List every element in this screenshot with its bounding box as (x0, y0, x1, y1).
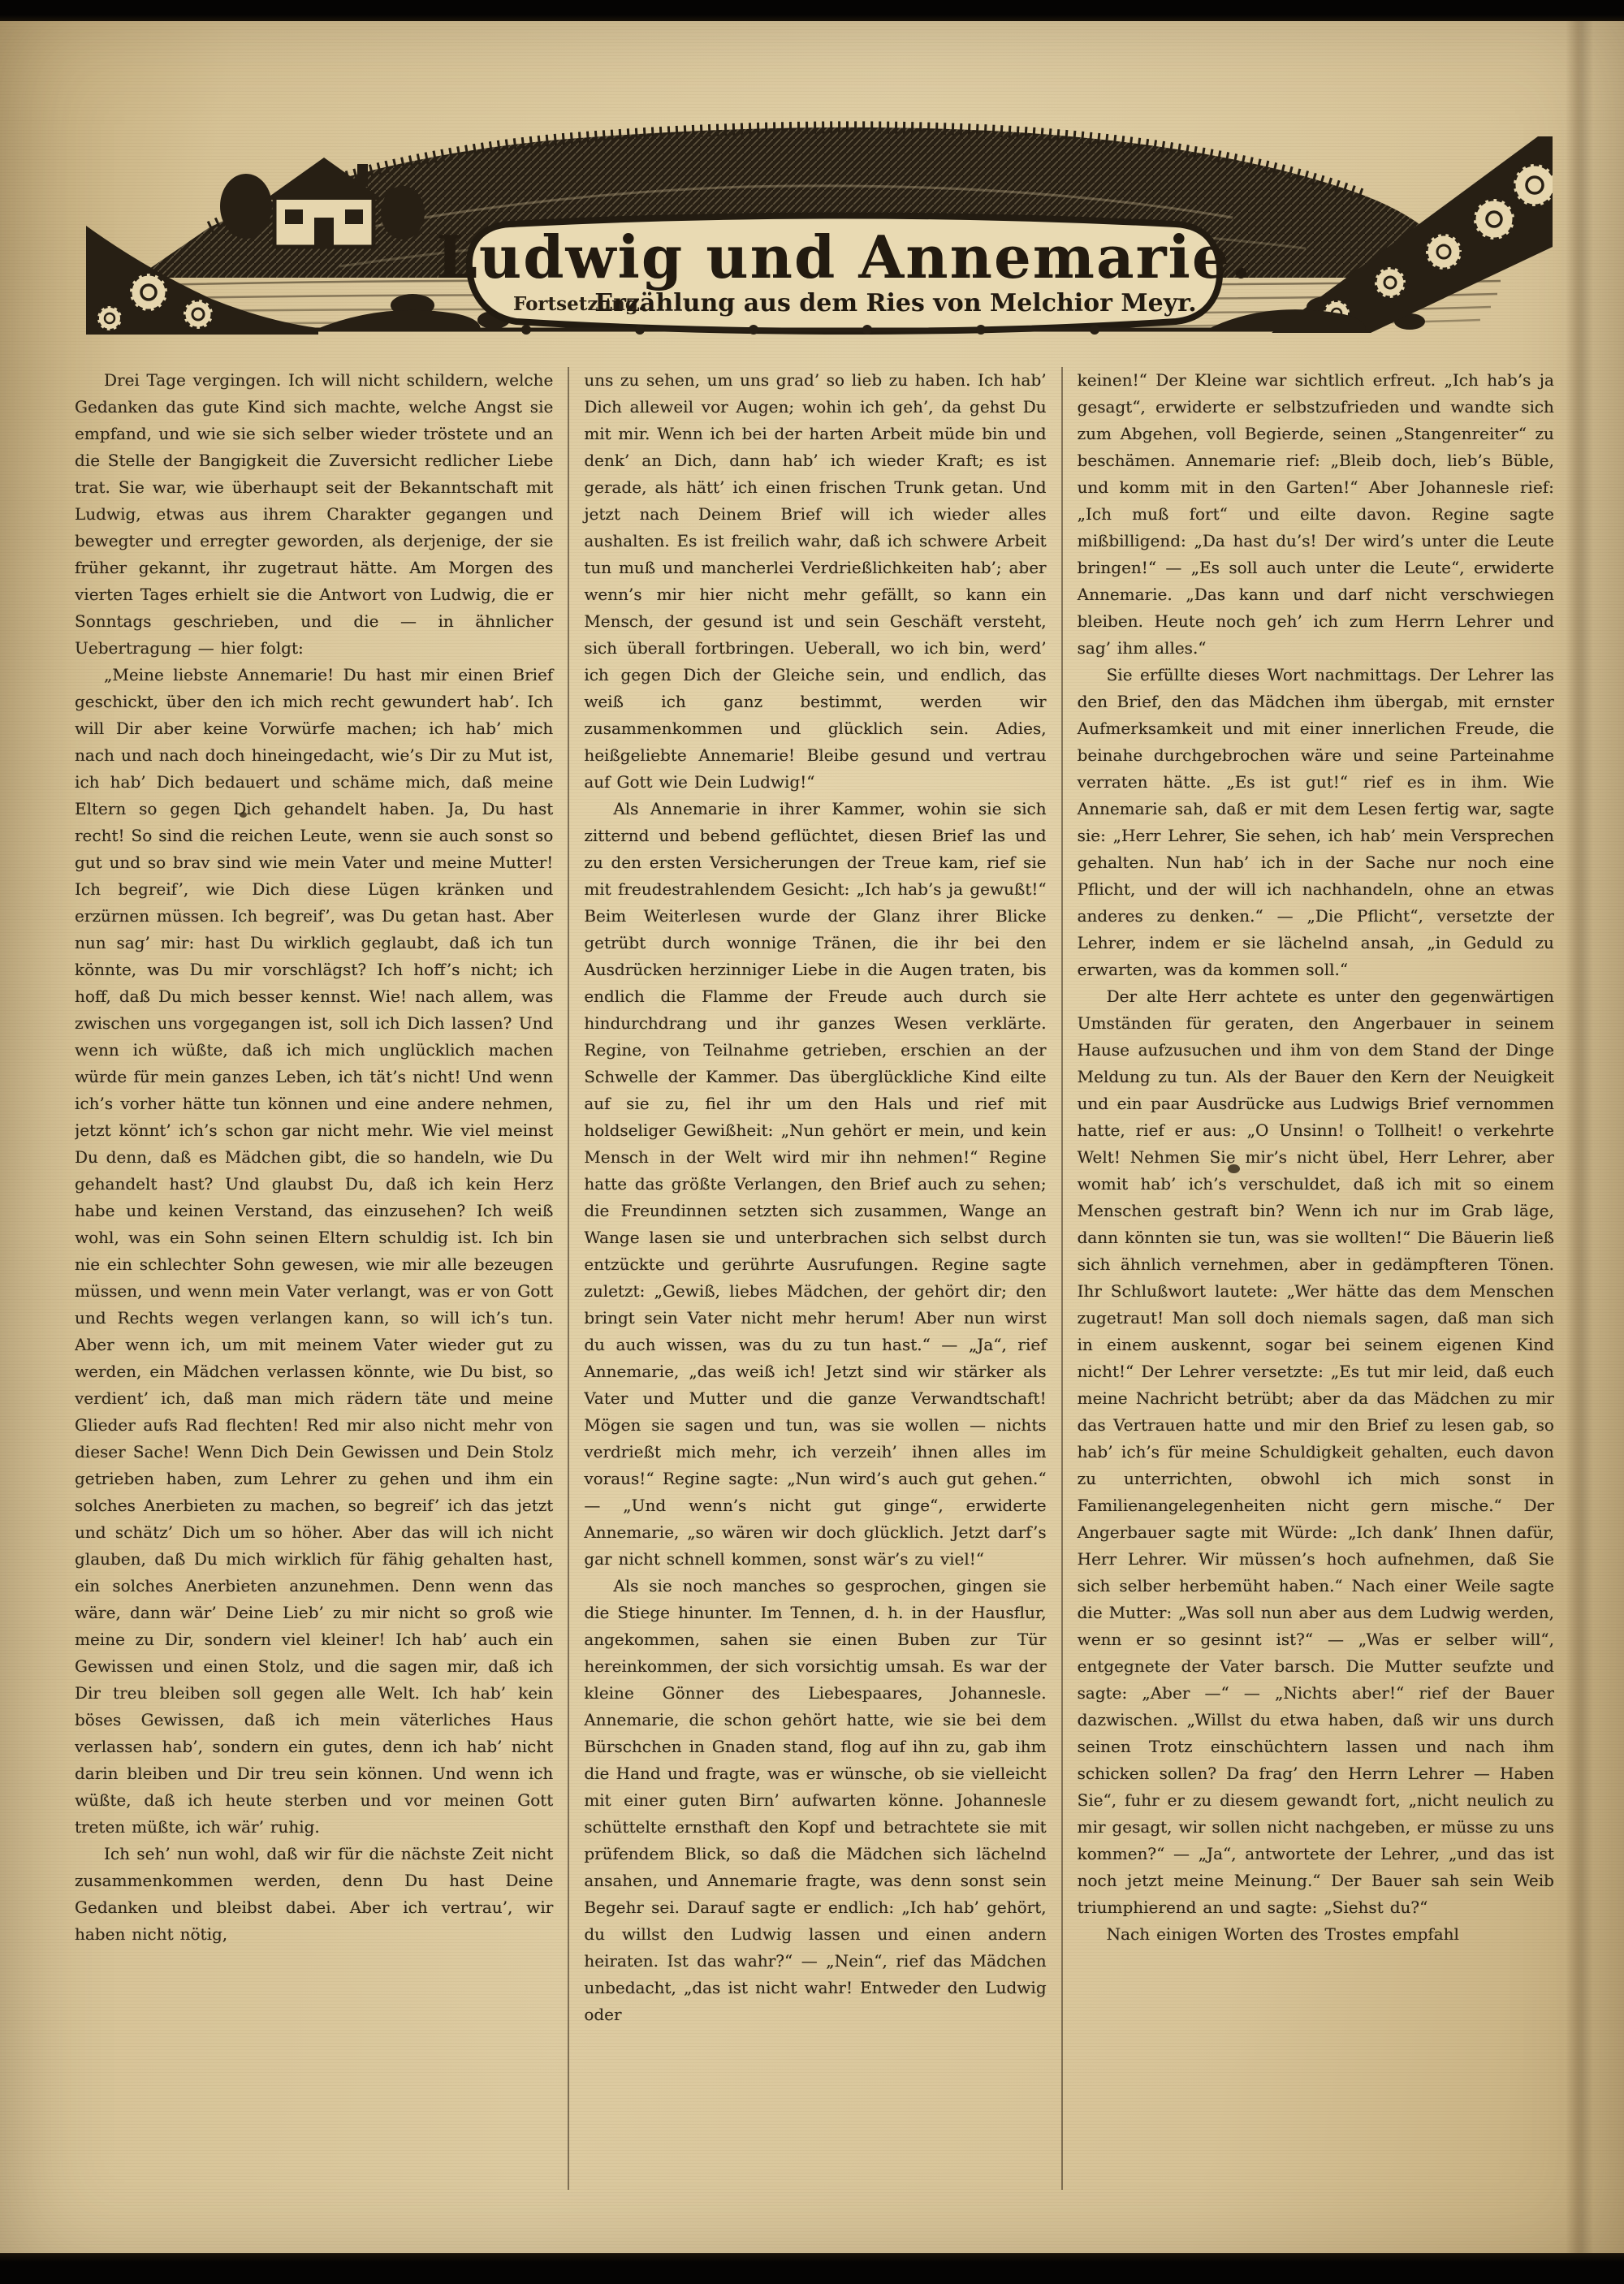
paragraph: „Meine liebste Annemarie! Du hast mir ei… (75, 662, 553, 1841)
paragraph-continuation: keinen!“ Der Kleine war sichtlich erfreu… (1078, 367, 1554, 662)
story-columns: Drei Tage vergingen. Ich will nicht schi… (75, 367, 1554, 2190)
paragraph: Drei Tage vergingen. Ich will nicht schi… (75, 367, 553, 662)
paragraph: Als Annemarie in ihrer Kammer, wohin sie… (584, 796, 1046, 1573)
page-fold-shadow (1566, 0, 1593, 2284)
paragraph: Sie erfüllte dieses Wort nachmittags. De… (1078, 662, 1554, 983)
story-title: Ludwig und Annemarie. (436, 222, 1253, 291)
story-subtitle: Erzählung aus dem Ries von Melchior Meyr… (594, 289, 1196, 317)
paragraph-continuation: uns zu sehen, um uns grad’ so lieb zu ha… (584, 367, 1046, 796)
photo-edge-bottom (0, 2253, 1624, 2284)
story-column-2: uns zu sehen, um uns grad’ so lieb zu ha… (568, 367, 1060, 2190)
paragraph: Nach einigen Worten des Trostes empfahl (1078, 1921, 1554, 1948)
title-cartouche: Ludwig und Annemarie. Fortsetzung. Erzäh… (436, 216, 1253, 332)
woodcut-banner-illustration: Ludwig und Annemarie. Fortsetzung. Erzäh… (71, 73, 1553, 357)
ink-speck (1228, 1164, 1240, 1173)
photo-edge-top (0, 0, 1624, 21)
paragraph: Als sie noch manches so gesprochen, ging… (584, 1573, 1046, 2028)
paragraph: Ich seh’ nun wohl, daß wir für die nächs… (75, 1841, 553, 1948)
ink-speck (240, 812, 247, 818)
story-column-1: Drei Tage vergingen. Ich will nicht schi… (75, 367, 568, 2190)
newspaper-page: Ludwig und Annemarie. Fortsetzung. Erzäh… (0, 0, 1624, 2284)
story-header: Ludwig und Annemarie. Fortsetzung. Erzäh… (71, 73, 1553, 357)
paragraph: Der alte Herr achtete es unter den gegen… (1078, 983, 1554, 1921)
story-column-3: keinen!“ Der Kleine war sichtlich erfreu… (1061, 367, 1554, 2190)
